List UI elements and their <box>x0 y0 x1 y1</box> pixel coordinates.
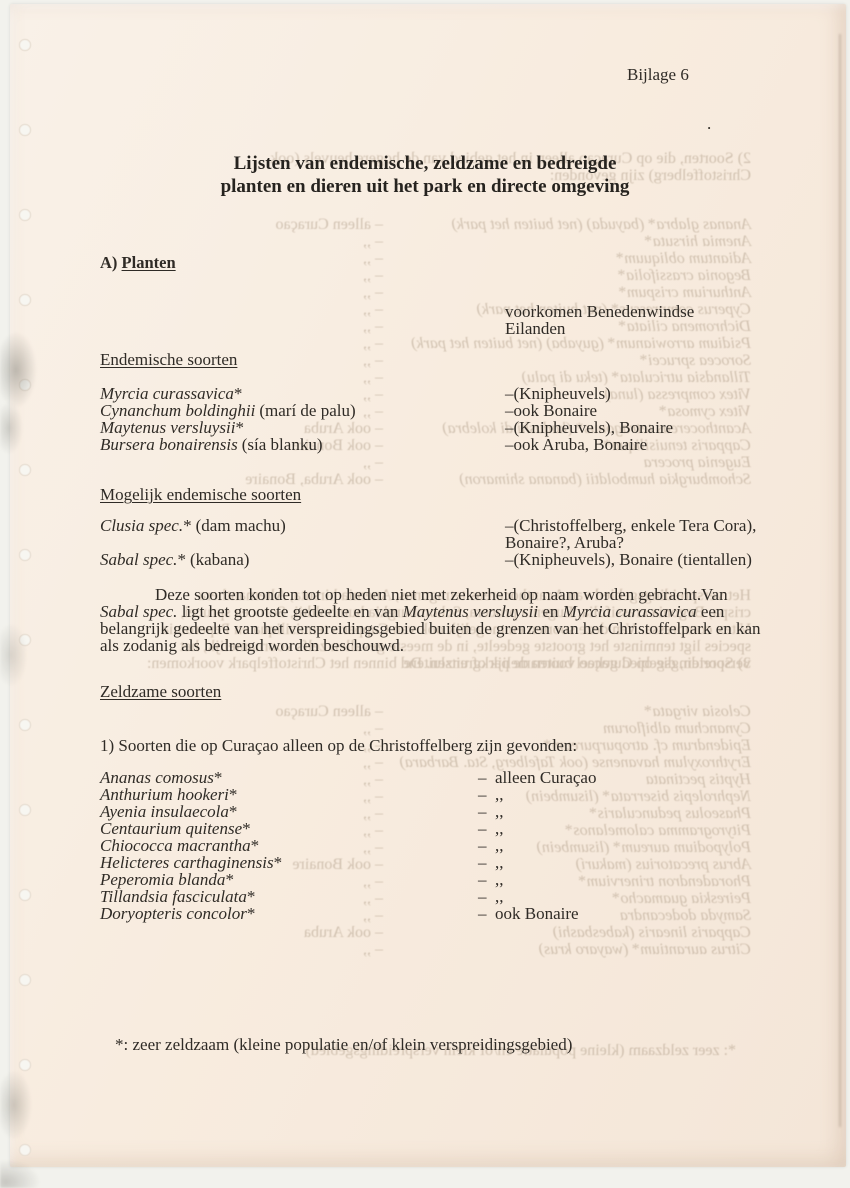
page-title-line-1: Lijsten van endemische, zeldzame en bedr… <box>234 153 617 174</box>
possibly-endemic-heading: Mogelijk endemische soorten <box>100 486 301 503</box>
species-row: Ayenia insulaecola* –,, <box>100 803 810 820</box>
species-row: Helicteres carthaginensis* –,, <box>100 854 810 871</box>
species-name: Chiococca macrantha* <box>100 837 478 854</box>
dash-mark: – <box>478 854 495 871</box>
occurrence-column-header-line-1: voorkomen Benedenwindse <box>505 303 694 320</box>
species-row: Myrcia curassavica* –(Knipheuvels) <box>100 385 810 402</box>
species-name: Ananas comosus* <box>100 769 478 786</box>
dash-mark: – <box>478 769 495 786</box>
species-row: Cynanchum boldinghii(marí de palu) –ook … <box>100 402 810 419</box>
species-name: Myrcia curassavica* <box>100 385 505 402</box>
species-row: Clusia spec.*(dam machu) –(Christoffelbe… <box>100 517 810 551</box>
species-occurrence: –,, <box>478 786 504 803</box>
species-name: Helicteres carthaginensis* <box>100 854 478 871</box>
species-occurrence: –(Knipheuvels), Bonaire (tientallen) <box>505 551 752 568</box>
species-occurrence: –ook Bonaire <box>478 905 579 922</box>
page-title: Lijsten van endemische, zeldzame en bedr… <box>0 152 850 198</box>
annex-label: Bijlage 6 <box>627 66 689 83</box>
rarity-footnote: *: zeer zeldzaam (kleine populatie en/of… <box>115 1036 572 1053</box>
species-name: Cynanchum boldinghii(marí de palu) <box>100 402 505 419</box>
rare-species-intro: 1) Soorten die op Curaçao alleen op de C… <box>100 737 577 754</box>
species-occurrence: –(Knipheuvels) <box>505 385 611 402</box>
punch-holes <box>13 2 37 1160</box>
dash-mark: – <box>478 871 495 888</box>
species-occurrence: –,, <box>478 888 504 905</box>
species-name: Doryopteris concolor* <box>100 905 478 922</box>
dash-mark: – <box>478 905 495 922</box>
explanation-paragraph: Deze soorten konden tot op heden niet me… <box>100 586 765 654</box>
section-a-prefix: A) <box>100 253 117 272</box>
species-name: Ayenia insulaecola* <box>100 803 478 820</box>
species-name: Sabal spec.*(kabana) <box>100 551 505 568</box>
endemic-species-list: Myrcia curassavica* –(Knipheuvels) Cynan… <box>100 385 810 453</box>
section-a-label: Planten <box>122 253 176 272</box>
species-name: Peperomia blanda* <box>100 871 478 888</box>
possibly-endemic-species-list: Clusia spec.*(dam machu) –(Christoffelbe… <box>100 517 810 568</box>
species-occurrence: –,, <box>478 803 504 820</box>
dash-mark: – <box>478 888 495 905</box>
rare-species-heading: Zeldzame soorten <box>100 683 221 700</box>
species-name: Clusia spec.*(dam machu) <box>100 517 505 551</box>
species-occurrence: –ook Bonaire <box>505 402 597 419</box>
section-a-heading: A) Planten <box>100 254 176 271</box>
occurrence-value: alleen Curaçao <box>495 768 596 787</box>
species-occurrence: –ook Aruba, Bonaire <box>505 436 647 453</box>
species-row: Anthurium hookeri* –,, <box>100 786 810 803</box>
endemic-species-heading: Endemische soorten <box>100 351 237 368</box>
species-occurrence: –,, <box>478 837 504 854</box>
species-name: Maytenus versluysii* <box>100 419 505 436</box>
dash-mark: – <box>478 820 495 837</box>
page-content: Bijlage 6 . Lijsten van endemische, zeld… <box>0 0 850 1188</box>
dash-mark: – <box>478 786 495 803</box>
species-name: Anthurium hookeri* <box>100 786 478 803</box>
species-row: Ananas comosus* –alleen Curaçao <box>100 769 810 786</box>
occurrence-column-header: voorkomen Benedenwindse Eilanden <box>505 303 694 337</box>
species-row: Bursera bonairensis(sía blanku) –ook Aru… <box>100 436 810 453</box>
rare-species-list: Ananas comosus* –alleen Curaçao Anthuriu… <box>100 769 810 922</box>
species-row: Doryopteris concolor* –ook Bonaire <box>100 905 810 922</box>
species-name: Tillandsia fasciculata* <box>100 888 478 905</box>
page-title-line-2: planten en dieren uit het park en direct… <box>221 176 630 197</box>
species-occurrence: –,, <box>478 854 504 871</box>
species-occurrence: –,, <box>478 820 504 837</box>
species-occurrence: –alleen Curaçao <box>478 769 596 786</box>
dash-mark: – <box>478 803 495 820</box>
species-row: Tillandsia fasciculata* –,, <box>100 888 810 905</box>
species-row: Centaurium quitense* –,, <box>100 820 810 837</box>
species-row: Chiococca macrantha* –,, <box>100 837 810 854</box>
species-row: Maytenus versluysii* –(Knipheuvels), Bon… <box>100 419 810 436</box>
occurrence-value: ook Bonaire <box>495 904 579 923</box>
occurrence-column-header-line-2: Eilanden <box>505 320 694 337</box>
stray-mark: . <box>707 115 711 132</box>
scanned-document: 2) Soorten, die op Curaçao alleen in het… <box>0 0 850 1188</box>
species-row: Peperomia blanda* –,, <box>100 871 810 888</box>
dash-mark: – <box>478 837 495 854</box>
species-row: Sabal spec.*(kabana) –(Knipheuvels), Bon… <box>100 551 810 568</box>
species-occurrence: –(Christoffelberg, enkele Tera Cora),Bon… <box>505 517 756 551</box>
species-occurrence: –(Knipheuvels), Bonaire <box>505 419 673 436</box>
species-occurrence: –,, <box>478 871 504 888</box>
species-name: Bursera bonairensis(sía blanku) <box>100 436 505 453</box>
species-name: Centaurium quitense* <box>100 820 478 837</box>
